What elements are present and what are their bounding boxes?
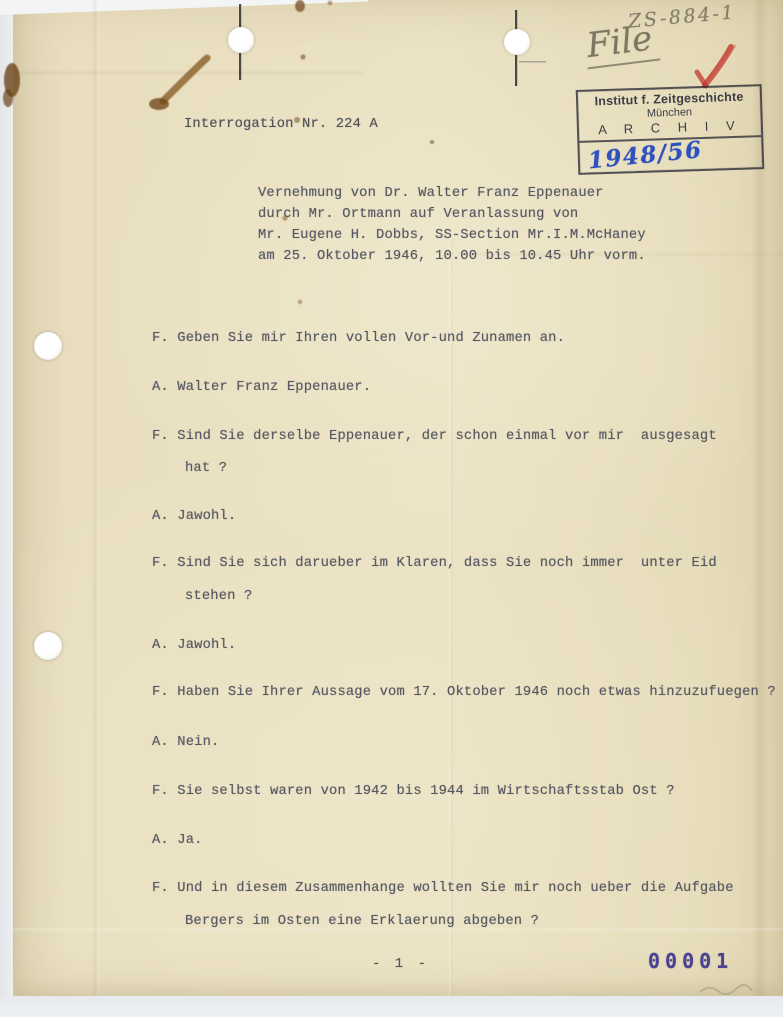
- punch-hole: [504, 29, 530, 55]
- document-title: Interrogation Nr. 224 A: [184, 117, 378, 133]
- answer-line: A. Ja.: [152, 833, 203, 849]
- answer-line: A. Walter Franz Eppenauer.: [152, 380, 371, 396]
- answer-line: A. Jawohl.: [152, 638, 236, 654]
- scanner-background-left: [0, 0, 13, 1017]
- header-line: Vernehmung von Dr. Walter Franz Eppenaue…: [258, 186, 604, 202]
- archive-stamp: Institut f. Zeitgeschichte München A R C…: [576, 84, 765, 175]
- serial-number-stamp: 00001: [648, 949, 733, 973]
- punch-hole: [34, 332, 62, 360]
- question-line: F. Sind Sie derselbe Eppenauer, der scho…: [152, 429, 717, 445]
- header-line: Mr. Eugene H. Dobbs, SS-Section Mr.I.M.M…: [258, 228, 646, 244]
- question-line: F. Sie selbst waren von 1942 bis 1944 im…: [152, 784, 675, 800]
- page-number: - 1 -: [372, 956, 429, 972]
- question-line: F. Geben Sie mir Ihren vollen Vor-und Zu…: [152, 331, 565, 347]
- question-line: stehen ?: [185, 589, 252, 605]
- scanner-background-bottom: [0, 996, 783, 1017]
- answer-line: A. Jawohl.: [152, 509, 236, 525]
- question-line: F. Sind Sie sich darueber im Klaren, das…: [152, 556, 717, 572]
- punch-hole: [34, 632, 62, 660]
- stamp-number-row: 1948/56: [579, 135, 762, 173]
- header-line: durch Mr. Ortmann auf Veranlassung von: [258, 207, 578, 223]
- header-line: am 25. Oktober 1946, 10.00 bis 10.45 Uhr…: [258, 249, 646, 265]
- answer-line: A. Nein.: [152, 735, 219, 751]
- scanned-document: ZS-884-1 File Institut f. Zeitgeschichte…: [0, 0, 783, 1017]
- punch-hole: [228, 27, 254, 53]
- question-line: F. Und in diesem Zusammenhange wollten S…: [152, 881, 734, 897]
- pencil-file-label: File: [583, 18, 661, 70]
- question-line: Bergers im Osten eine Erklaerung abgeben…: [185, 914, 539, 930]
- stamp-accession-number: 1948/56: [587, 136, 704, 174]
- question-line: F. Haben Sie Ihrer Aussage vom 17. Oktob…: [152, 685, 776, 701]
- question-line: hat ?: [185, 461, 227, 477]
